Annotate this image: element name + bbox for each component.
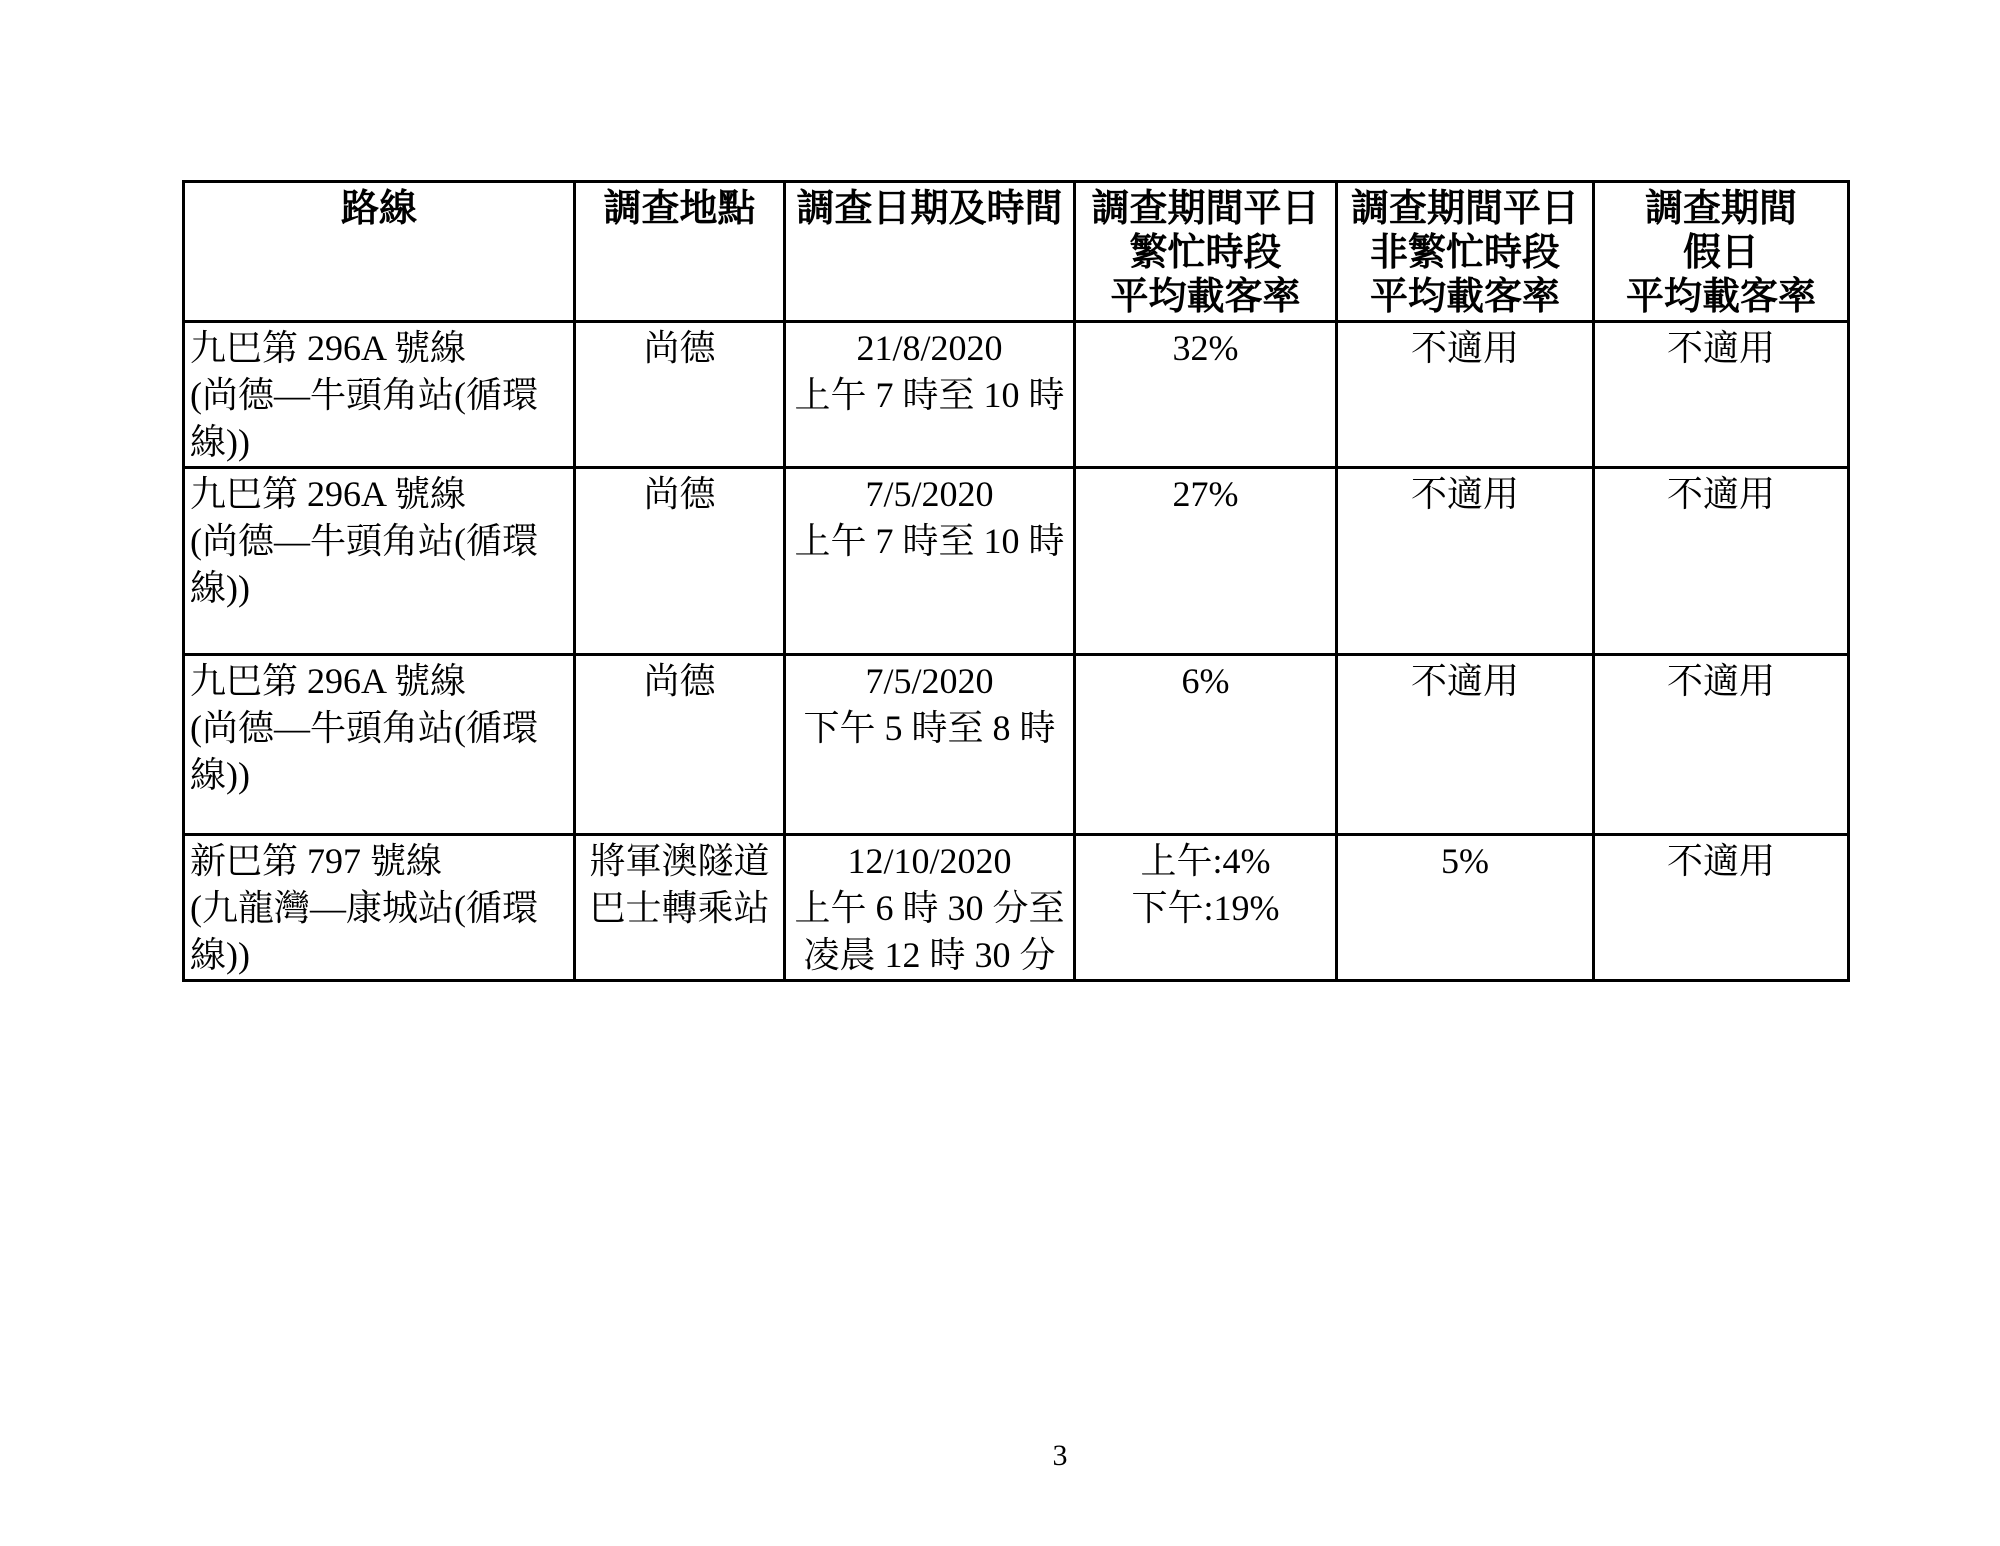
- route-cell: 九巴第 296A 號線 (尚德—牛頭角站(循環 線)): [184, 322, 575, 468]
- route-cell: 九巴第 296A 號線 (尚德—牛頭角站(循環 線)): [184, 468, 575, 655]
- holiday-load-cell: 不適用: [1594, 468, 1849, 655]
- table-row: 九巴第 296A 號線 (尚德—牛頭角站(循環 線)) 尚德 7/5/2020 …: [184, 655, 1849, 835]
- weekday-offpeak-load-cell: 5%: [1337, 835, 1594, 981]
- weekday-offpeak-load-cell: 不適用: [1337, 322, 1594, 468]
- column-header-weekday-peak-load: 調查期間平日 繁忙時段 平均載客率: [1075, 182, 1337, 322]
- weekday-peak-load-cell: 6%: [1075, 655, 1337, 835]
- holiday-load-cell: 不適用: [1594, 655, 1849, 835]
- weekday-peak-load-cell: 32%: [1075, 322, 1337, 468]
- route-cell: 新巴第 797 號線 (九龍灣—康城站(循環 線)): [184, 835, 575, 981]
- column-header-survey-location: 調查地點: [575, 182, 785, 322]
- survey-location-cell: 尚德: [575, 468, 785, 655]
- survey-location-cell: 尚德: [575, 655, 785, 835]
- table-row: 九巴第 296A 號線 (尚德—牛頭角站(循環 線)) 尚德 21/8/2020…: [184, 322, 1849, 468]
- survey-datetime-cell: 12/10/2020 上午 6 時 30 分至 凌晨 12 時 30 分: [785, 835, 1075, 981]
- weekday-peak-load-cell: 上午:4% 下午:19%: [1075, 835, 1337, 981]
- column-header-route: 路線: [184, 182, 575, 322]
- survey-location-cell: 尚德: [575, 322, 785, 468]
- document-page: 路線 調查地點 調查日期及時間 調查期間平日 繁忙時段 平均載客率 調查期間平日…: [0, 0, 2000, 1546]
- column-header-weekday-offpeak-load: 調查期間平日 非繁忙時段 平均載客率: [1337, 182, 1594, 322]
- route-cell: 九巴第 296A 號線 (尚德—牛頭角站(循環 線)): [184, 655, 575, 835]
- survey-datetime-cell: 7/5/2020 下午 5 時至 8 時: [785, 655, 1075, 835]
- weekday-peak-load-cell: 27%: [1075, 468, 1337, 655]
- holiday-load-cell: 不適用: [1594, 322, 1849, 468]
- bus-load-survey-table: 路線 調查地點 調查日期及時間 調查期間平日 繁忙時段 平均載客率 調查期間平日…: [182, 180, 1850, 982]
- column-header-holiday-load: 調查期間 假日 平均載客率: [1594, 182, 1849, 322]
- survey-datetime-cell: 21/8/2020 上午 7 時至 10 時: [785, 322, 1075, 468]
- table-row: 新巴第 797 號線 (九龍灣—康城站(循環 線)) 將軍澳隧道 巴士轉乘站 1…: [184, 835, 1849, 981]
- table-row: 九巴第 296A 號線 (尚德—牛頭角站(循環 線)) 尚德 7/5/2020 …: [184, 468, 1849, 655]
- page-number: 3: [1020, 1438, 1100, 1474]
- weekday-offpeak-load-cell: 不適用: [1337, 468, 1594, 655]
- table-header-row: 路線 調查地點 調查日期及時間 調查期間平日 繁忙時段 平均載客率 調查期間平日…: [184, 182, 1849, 322]
- survey-location-cell: 將軍澳隧道 巴士轉乘站: [575, 835, 785, 981]
- weekday-offpeak-load-cell: 不適用: [1337, 655, 1594, 835]
- column-header-survey-datetime: 調查日期及時間: [785, 182, 1075, 322]
- holiday-load-cell: 不適用: [1594, 835, 1849, 981]
- survey-datetime-cell: 7/5/2020 上午 7 時至 10 時: [785, 468, 1075, 655]
